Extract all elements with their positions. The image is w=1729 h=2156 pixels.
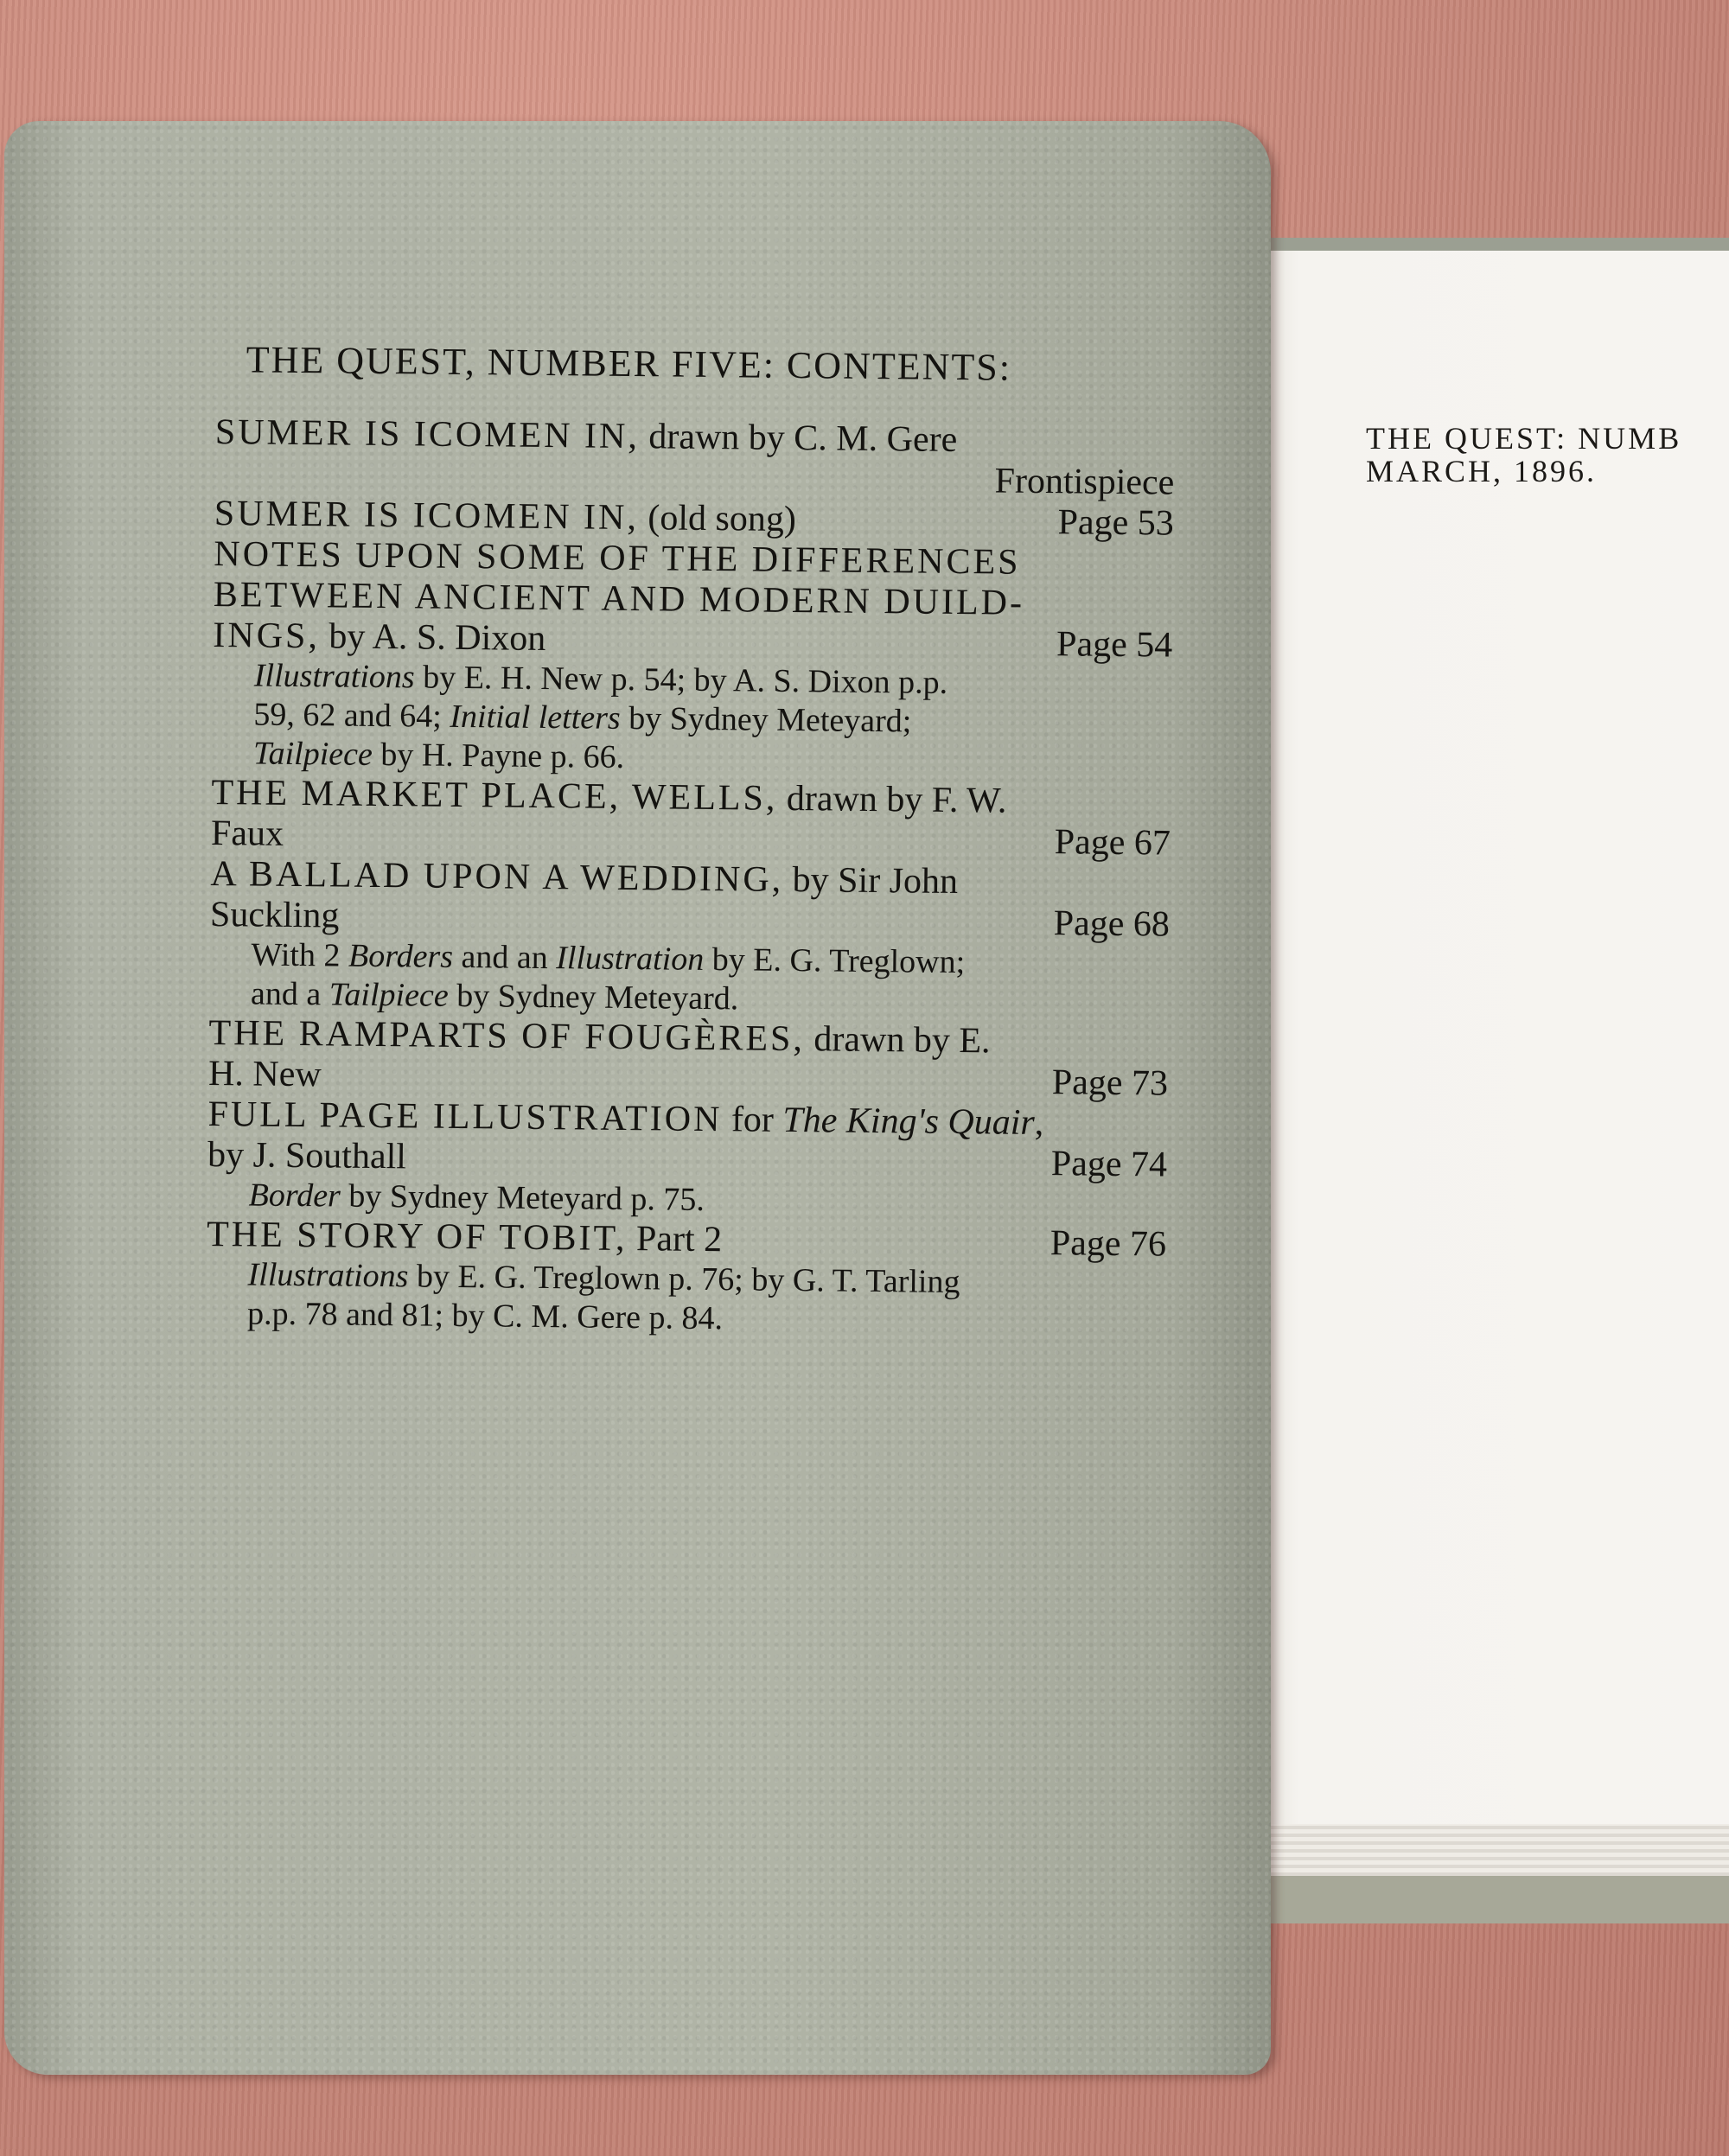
entry-title: A BALLAD UPON A WEDDING, xyxy=(210,854,783,900)
contents-entry: FULL PAGE ILLUSTRATION for The King's Qu… xyxy=(207,1094,1167,1225)
contents-entry: THE RAMPARTS OF FOUGÈRES, drawn by E. H.… xyxy=(208,1013,1169,1105)
contents-entry: THE STORY OF TOBIT, Part 2Page 76 Illust… xyxy=(206,1215,1166,1343)
credit-text: and a xyxy=(251,975,329,1012)
entry-text: for xyxy=(722,1100,782,1140)
entry-note: (old song) xyxy=(639,498,796,539)
entry-page: Page 73 xyxy=(1052,1062,1169,1104)
entry-title: INGS, xyxy=(213,616,320,656)
entry-author: Suckling xyxy=(210,895,340,937)
credit-text: With 2 xyxy=(251,936,348,973)
book-back-cover-edge xyxy=(1269,1876,1729,1923)
entry-page: Page 74 xyxy=(1051,1144,1168,1185)
contents-entry: SUMER IS ICOMEN IN, drawn by C. M. Gere … xyxy=(214,412,1175,504)
entry-note: Part 2 xyxy=(627,1219,722,1260)
entry-page: Page 68 xyxy=(1054,903,1171,945)
entry-page: Page 53 xyxy=(1057,502,1174,544)
entry-author: Faux xyxy=(211,813,284,855)
entry-page: Page 76 xyxy=(1050,1223,1167,1265)
credit-role: Border xyxy=(248,1177,341,1214)
credit-role: Illustrations xyxy=(254,657,415,695)
entry-title: THE STORY OF TOBIT, xyxy=(207,1215,628,1259)
credit-role: Tailpiece xyxy=(329,976,449,1013)
credit-role: Tailpiece xyxy=(253,735,373,772)
credit-text: by Sydney Meteyard p. 75. xyxy=(341,1178,705,1218)
entry-author: by A. S. Dixon xyxy=(320,616,546,659)
credit-role: Initial letters xyxy=(450,698,621,737)
right-title-page xyxy=(1271,251,1729,1893)
credit-text: 59, 62 and 64; xyxy=(253,696,450,734)
entry-author: drawn by F. W. xyxy=(777,779,1006,821)
entry-title: SUMER IS ICOMEN IN, xyxy=(215,412,640,456)
photo-scene: THE QUEST: NUMB MARCH, 1896. THE QUEST, … xyxy=(0,0,1729,2156)
credit-text: by E. G. Treglown; xyxy=(704,941,965,980)
entry-page: Frontispiece xyxy=(994,461,1174,503)
credit-role: Borders xyxy=(348,938,453,975)
entry-title: FULL PAGE ILLUSTRATION xyxy=(207,1094,722,1139)
title-page-text: THE QUEST: NUMB MARCH, 1896. xyxy=(1366,422,1729,488)
deckled-page-edges xyxy=(1269,1824,1729,1878)
entry-author: H. New xyxy=(208,1054,322,1095)
credit-text: by H. Payne p. 66. xyxy=(373,737,625,775)
entry-title: SUMER IS ICOMEN IN, xyxy=(214,494,639,538)
credit-text: and an xyxy=(453,939,557,976)
credit-text: by E. H. New p. 54; by A. S. Dixon p.p. xyxy=(414,659,947,700)
entry-page: Page 67 xyxy=(1055,822,1171,864)
entry-author: drawn by E. xyxy=(805,1019,991,1061)
entry-title: THE MARKET PLACE, WELLS, xyxy=(211,773,777,819)
credit-role: Illustration xyxy=(556,940,704,978)
credit-text: p.p. 78 and 81; by C. M. Gere p. 84. xyxy=(247,1295,723,1336)
contents-entry: NOTES UPON SOME OF THE DIFFERENCES BETWE… xyxy=(212,534,1174,783)
entry-title: THE RAMPARTS OF FOUGÈRES, xyxy=(208,1013,805,1059)
contents-list: THE QUEST, NUMBER FIVE: CONTENTS: SUMER … xyxy=(206,337,1176,1343)
entry-author: by J. Southall xyxy=(207,1135,406,1177)
contents-entry: A BALLAD UPON A WEDDING, by Sir John Suc… xyxy=(209,854,1171,1024)
title-page-line-1: THE QUEST: NUMB xyxy=(1366,422,1729,455)
credit-text: by Sydney Meteyard; xyxy=(621,700,912,740)
contents-entry: THE MARKET PLACE, WELLS, drawn by F. W. … xyxy=(211,773,1171,864)
title-page-date: MARCH, 1896. xyxy=(1366,455,1729,488)
credit-text: by E. G. Treglown p. 76; by G. T. Tarlin… xyxy=(408,1258,960,1300)
entry-author: drawn by C. M. Gere xyxy=(640,417,958,460)
credit-text: by Sydney Meteyard. xyxy=(448,978,738,1017)
punctuation: , xyxy=(1035,1103,1044,1143)
entry-work-title: The King's Quair xyxy=(782,1100,1035,1143)
entry-page: Page 54 xyxy=(1056,624,1173,666)
credit-role: Illustrations xyxy=(247,1256,408,1294)
entry-author: by Sir John xyxy=(783,860,958,902)
contents-title: THE QUEST, NUMBER FIVE: CONTENTS: xyxy=(246,337,1175,391)
